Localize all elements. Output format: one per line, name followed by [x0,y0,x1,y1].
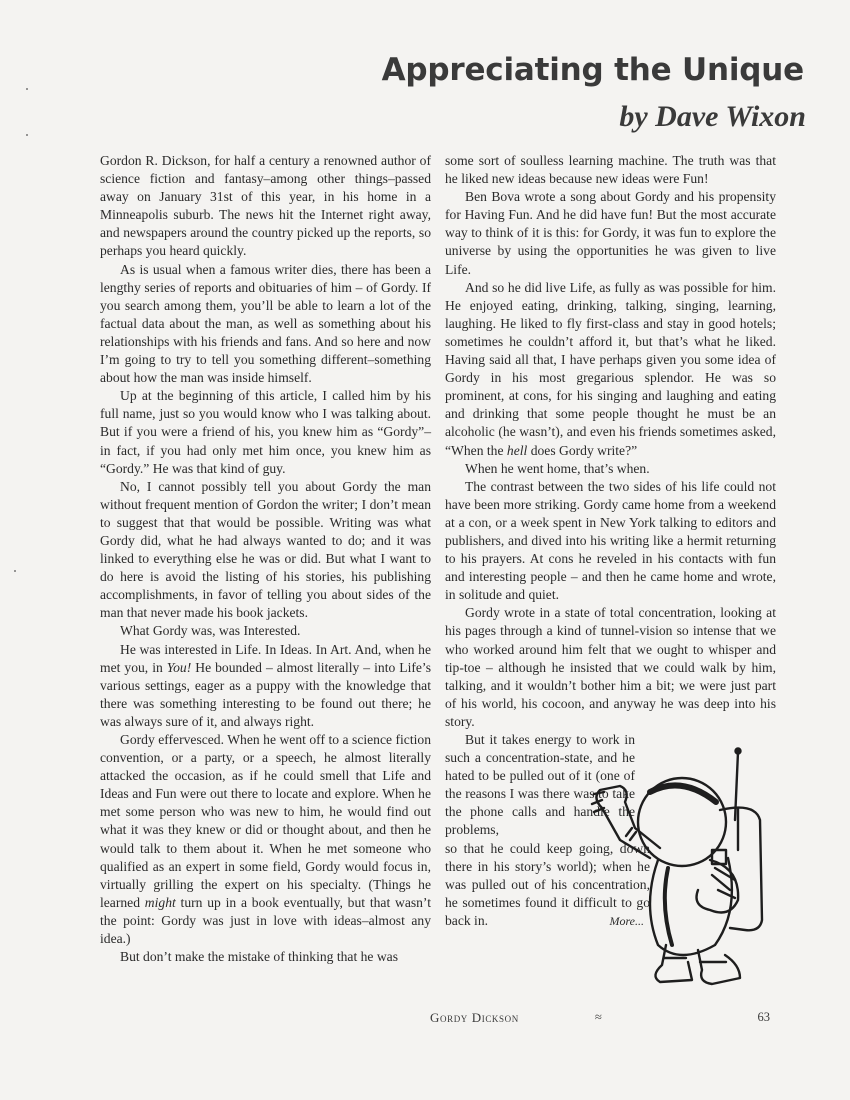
scan-speck [14,570,16,572]
paragraph: Up at the beginning of this article, I c… [100,387,431,477]
paragraph: He was interested in Life. In Ideas. In … [100,641,431,731]
italic-text: hell [507,443,527,458]
page-footer: Gordy Dickson ≈ 63 [430,1010,770,1026]
paragraph: The contrast between the two sides of hi… [445,478,776,605]
scan-speck [26,134,28,136]
left-column: Gordon R. Dickson, for half a century a … [100,152,431,966]
text-run: Gordy effervesced. When he went off to a… [100,732,431,892]
paragraph: some sort of soulless learning machine. … [445,152,776,188]
paragraph: But don’t make the mistake of thinking t… [100,948,431,966]
text-run: And so he did live Life, as fully as was… [445,280,776,458]
paragraph: As is usual when a famous writer dies, t… [100,261,431,388]
paragraph: And so he did live Life, as fully as was… [445,279,776,460]
page-number: 63 [758,1010,771,1025]
text-run: does Gordy write?” [527,443,637,458]
paragraph: What Gordy was, was Interested. [100,622,431,640]
paragraph: No, I cannot possibly tell you about Gor… [100,478,431,623]
paragraph: Gordy effervesced. When he went off to a… [100,731,431,948]
paragraph: Gordy wrote in a state of total concentr… [445,604,776,731]
author-byline: by Dave Wixon [619,100,806,134]
running-footer-title: Gordy Dickson [430,1010,519,1025]
article-title: Appreciating the Unique [382,52,804,88]
ornament-icon: ≈ [595,1010,602,1025]
italic-text: You! [167,660,191,675]
paragraph: When he went home, that’s when. [445,460,776,478]
italic-text: might [145,895,176,910]
paragraph: Ben Bova wrote a song about Gordy and hi… [445,188,776,278]
astronaut-icon [580,740,775,990]
scan-speck [26,88,28,90]
paragraph: Gordon R. Dickson, for half a century a … [100,152,431,261]
